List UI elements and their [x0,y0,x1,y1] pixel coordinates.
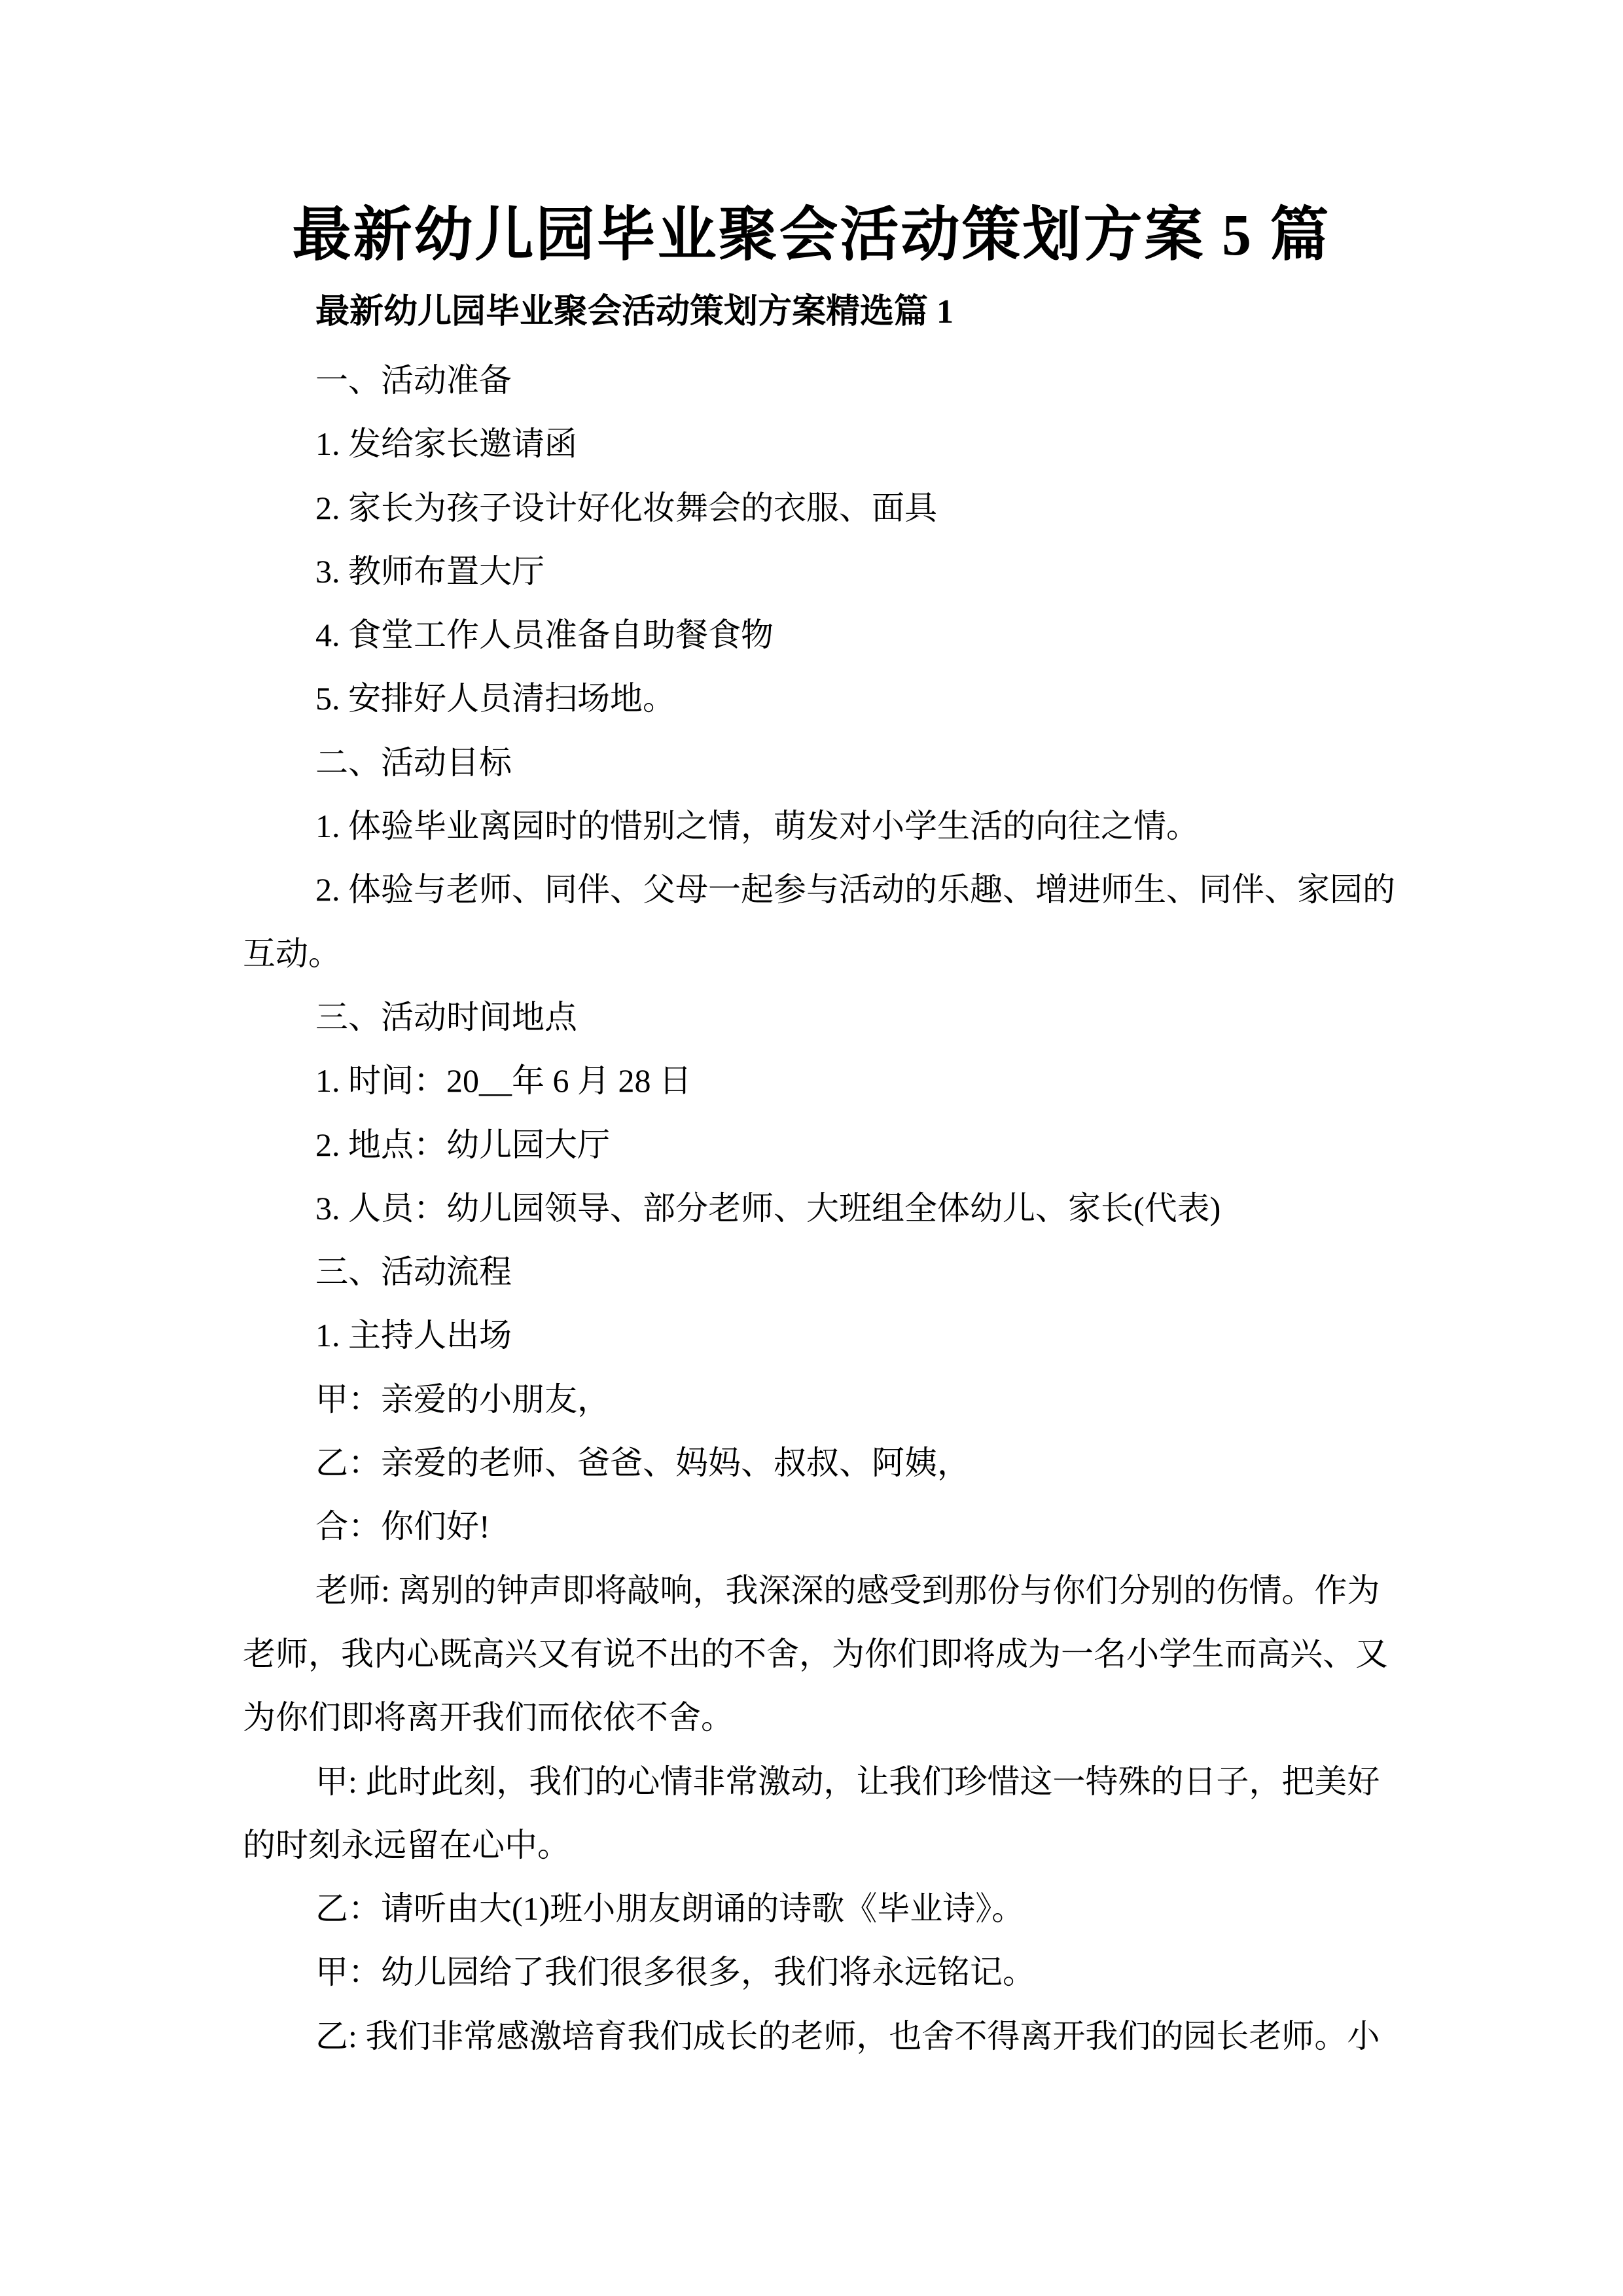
document-title: 最新幼儿园毕业聚会活动策划方案 5 篇 [0,203,1623,268]
text-line: 1. 发给家长邀请函 [243,412,1382,476]
text-line: 1. 时间：20__年 6 月 28 日 [243,1049,1382,1113]
text-line: 乙：请听由大(1)班小朋友朗诵的诗歌《毕业诗》。 [243,1877,1382,1941]
document-page: 最新幼儿园毕业聚会活动策划方案 5 篇 最新幼儿园毕业聚会活动策划方案精选篇 1… [0,0,1623,2296]
text-line: 一、活动准备 [243,349,1382,412]
text-line: 为你们即将离开我们而依依不舍。 [243,1686,1382,1749]
text-line: 甲：亲爱的小朋友， [243,1368,1382,1431]
text-line: 的时刻永远留在心中。 [243,1814,1382,1877]
text-line: 三、活动流程 [243,1240,1382,1304]
text-line: 互动。 [243,922,1382,986]
text-line: 3. 人员：幼儿园领导、部分老师、大班组全体幼儿、家长(代表) [243,1177,1382,1240]
text-line: 老师: 离别的钟声即将敲响，我深深的感受到那份与你们分别的伤情。作为 [243,1559,1382,1623]
document-body: 一、活动准备1. 发给家长邀请函2. 家长为孩子设计好化妆舞会的衣服、面具3. … [243,349,1382,2068]
text-line: 二、活动目标 [243,731,1382,795]
text-line: 老师，我内心既高兴又有说不出的不舍，为你们即将成为一名小学生而高兴、又 [243,1623,1382,1686]
text-line: 乙：亲爱的老师、爸爸、妈妈、叔叔、阿姨， [243,1431,1382,1495]
text-line: 5. 安排好人员清扫场地。 [243,667,1382,730]
text-line: 三、活动时间地点 [243,986,1382,1049]
text-line: 乙: 我们非常感激培育我们成长的老师，也舍不得离开我们的园长老师。小 [243,2005,1382,2068]
text-line: 2. 体验与老师、同伴、父母一起参与活动的乐趣、增进师生、同伴、家园的 [243,858,1382,922]
text-line: 2. 家长为孩子设计好化妆舞会的衣服、面具 [243,476,1382,540]
text-line: 甲：幼儿园给了我们很多很多，我们将永远铭记。 [243,1941,1382,2004]
text-line: 甲: 此时此刻，我们的心情非常激动，让我们珍惜这一特殊的日子，把美好 [243,1750,1382,1814]
text-line: 合：你们好! [243,1495,1382,1558]
text-line: 3. 教师布置大厅 [243,540,1382,603]
text-line: 1. 主持人出场 [243,1304,1382,1367]
document-subtitle: 最新幼儿园毕业聚会活动策划方案精选篇 1 [315,290,954,334]
text-line: 4. 食堂工作人员准备自助餐食物 [243,603,1382,667]
text-line: 2. 地点：幼儿园大厅 [243,1113,1382,1177]
text-line: 1. 体验毕业离园时的惜别之情，萌发对小学生活的向往之情。 [243,795,1382,858]
